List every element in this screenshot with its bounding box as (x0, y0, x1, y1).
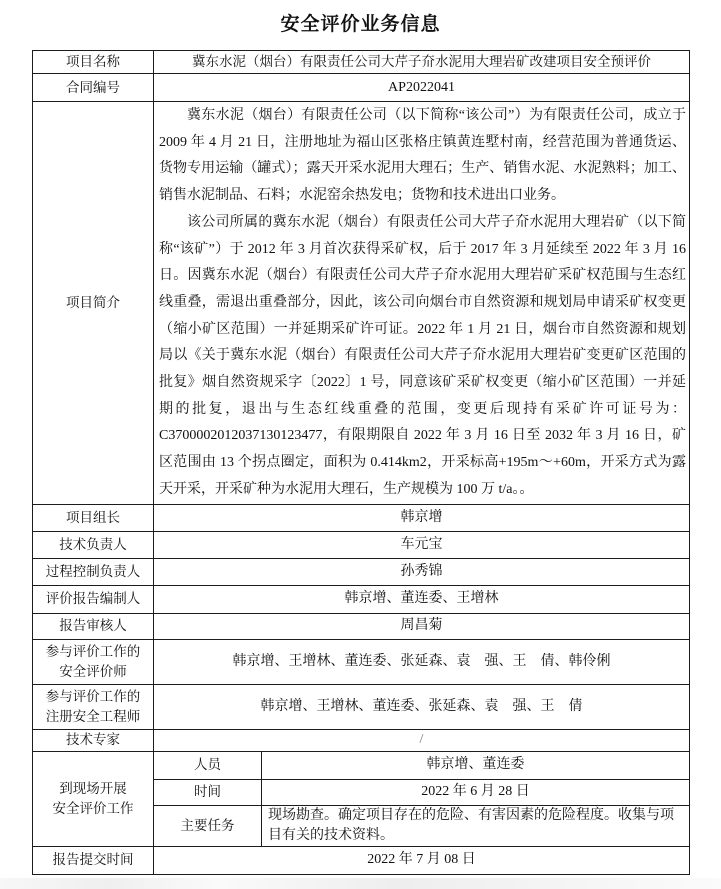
project-intro-content: 冀东水泥（烟台）有限责任公司（以下简称“该公司”）为有限责任公司，成立于 200… (154, 102, 690, 505)
site-personnel-label: 人员 (154, 751, 262, 779)
report-reviewer-label: 报告审核人 (33, 613, 154, 639)
registered-engineers-label-line1: 参与评价工作的 (33, 687, 153, 707)
row-team-leader: 项目组长 韩京增 (33, 504, 690, 531)
site-work-label-line1: 到现场开展 (33, 779, 153, 799)
project-intro-label: 项目简介 (33, 102, 154, 505)
row-report-authors: 评价报告编制人 韩京增、董连委、王增林 (33, 585, 690, 613)
technical-experts-label: 技术专家 (33, 729, 154, 751)
row-registered-engineers: 参与评价工作的 注册安全工程师 韩京增、王增林、董连委、张延森、袁 强、王 倩 (33, 684, 690, 729)
project-name-label: 项目名称 (33, 51, 154, 74)
row-submission-date: 报告提交时间 2022 年 7 月 08 日 (33, 846, 690, 874)
project-name-value: 冀东水泥（烟台）有限责任公司大芹子夼水泥用大理岩矿改建项目安全预评价 (154, 51, 690, 74)
row-contract-no: 合同编号 AP2022041 (33, 74, 690, 102)
safety-assessors-label-line1: 参与评价工作的 (33, 642, 153, 662)
report-authors-label: 评价报告编制人 (33, 585, 154, 613)
business-info-table: 项目名称 冀东水泥（烟台）有限责任公司大芹子夼水泥用大理岩矿改建项目安全预评价 … (32, 50, 690, 875)
report-reviewer-value: 周昌菊 (154, 613, 690, 639)
site-tasks-value: 现场勘查。确定项目存在的危险、有害因素的危险程度。收集与项目有关的技术资料。 (262, 805, 690, 846)
intro-paragraph-company: 冀东水泥（烟台）有限责任公司（以下简称“该公司”）为有限责任公司，成立于 200… (159, 103, 686, 210)
technical-lead-value: 车元宝 (154, 531, 690, 558)
safety-assessors-label-line2: 安全评价师 (33, 662, 153, 682)
site-tasks-label: 主要任务 (154, 805, 262, 846)
row-project-intro: 项目简介 冀东水泥（烟台）有限责任公司（以下简称“该公司”）为有限责任公司，成立… (33, 102, 690, 505)
site-date-value: 2022 年 6 月 28 日 (262, 779, 690, 805)
row-project-name: 项目名称 冀东水泥（烟台）有限责任公司大芹子夼水泥用大理岩矿改建项目安全预评价 (33, 51, 690, 74)
process-control-lead-label: 过程控制负责人 (33, 558, 154, 585)
row-technical-lead: 技术负责人 车元宝 (33, 531, 690, 558)
technical-experts-value: / (154, 729, 690, 751)
scan-artifact-band (0, 878, 721, 889)
intro-paragraph-mine: 该公司所属的冀东水泥（烟台）有限责任公司大芹子夼水泥用大理岩矿（以下简称“该矿”… (159, 210, 686, 504)
report-authors-value: 韩京增、董连委、王增林 (154, 585, 690, 613)
safety-assessors-value: 韩京增、王增林、董连委、张延森、袁 强、王 倩、韩伶俐 (154, 639, 690, 684)
row-report-reviewer: 报告审核人 周昌菊 (33, 613, 690, 639)
site-work-label: 到现场开展 安全评价工作 (33, 751, 154, 846)
row-technical-experts: 技术专家 / (33, 729, 690, 751)
submission-date-value: 2022 年 7 月 08 日 (154, 846, 690, 874)
site-work-label-line2: 安全评价工作 (33, 799, 153, 819)
team-leader-label: 项目组长 (33, 504, 154, 531)
registered-engineers-label-line2: 注册安全工程师 (33, 707, 153, 727)
process-control-lead-value: 孙秀锦 (154, 558, 690, 585)
site-date-label: 时间 (154, 779, 262, 805)
document-title: 安全评价业务信息 (0, 10, 721, 40)
contract-no-label: 合同编号 (33, 74, 154, 102)
row-site-work-personnel: 到现场开展 安全评价工作 人员 韩京增、董连委 (33, 751, 690, 779)
site-personnel-value: 韩京增、董连委 (262, 751, 690, 779)
registered-engineers-label: 参与评价工作的 注册安全工程师 (33, 684, 154, 729)
safety-assessors-label: 参与评价工作的 安全评价师 (33, 639, 154, 684)
submission-date-label: 报告提交时间 (33, 846, 154, 874)
row-safety-assessors: 参与评价工作的 安全评价师 韩京增、王增林、董连委、张延森、袁 强、王 倩、韩伶… (33, 639, 690, 684)
technical-lead-label: 技术负责人 (33, 531, 154, 558)
contract-no-value: AP2022041 (154, 74, 690, 102)
registered-engineers-value: 韩京增、王增林、董连委、张延森、袁 强、王 倩 (154, 684, 690, 729)
team-leader-value: 韩京增 (154, 504, 690, 531)
row-process-control-lead: 过程控制负责人 孙秀锦 (33, 558, 690, 585)
